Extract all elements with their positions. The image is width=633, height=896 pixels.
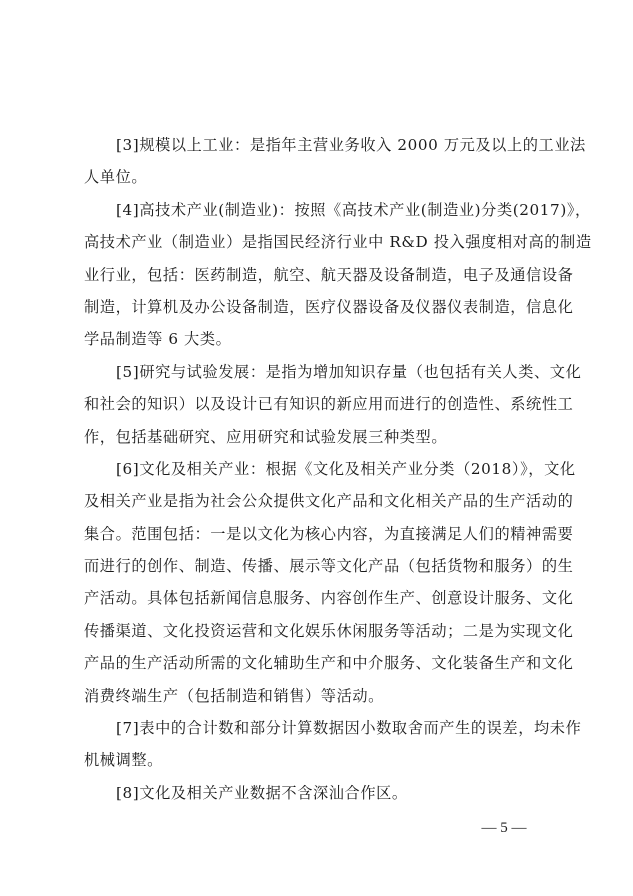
- note-line: 而进行的创作、制造、传播、展示等文化产品（包括货物和服务）的生: [84, 550, 552, 582]
- note-line: 机械调整。: [84, 744, 552, 776]
- note-line: 制造，计算机及办公设备制造，医疗仪器设备及仪器仪表制造，信息化: [84, 291, 552, 323]
- note-5: [5]研究与试验发展：是指为增加知识存量（也包括有关人类、文化 和社会的知识）以…: [84, 356, 552, 453]
- note-line: [6]文化及相关产业：根据《文化及相关产业分类（2018）》，文化: [84, 453, 552, 485]
- note-line: [8]文化及相关产业数据不含深汕合作区。: [84, 777, 552, 809]
- document-body: [3]规模以上工业：是指年主营业务收入 2000 万元及以上的工业法 人单位。 …: [84, 129, 552, 809]
- note-line: 学品制造等 6 大类。: [84, 323, 552, 355]
- note-line: 人单位。: [84, 161, 552, 193]
- note-line: 及相关产业是指为社会公众提供文化产品和文化相关产品的生产活动的: [84, 485, 552, 517]
- note-4: [4]高技术产业(制造业)：按照《高技术产业(制造业)分类(2017)》， 高技…: [84, 194, 552, 356]
- note-line: 产品的生产活动所需的文化辅助生产和中介服务、文化装备生产和文化: [84, 647, 552, 679]
- note-line: [7]表中的合计数和部分计算数据因小数取舍而产生的误差，均未作: [84, 712, 552, 744]
- note-line: 高技术产业（制造业）是指国民经济行业中 R&D 投入强度相对高的制造: [84, 226, 552, 258]
- note-line: 作，包括基础研究、应用研究和试验发展三种类型。: [84, 421, 552, 453]
- note-3: [3]规模以上工业：是指年主营业务收入 2000 万元及以上的工业法 人单位。: [84, 129, 552, 194]
- note-7: [7]表中的合计数和部分计算数据因小数取舍而产生的误差，均未作 机械调整。: [84, 712, 552, 777]
- note-6: [6]文化及相关产业：根据《文化及相关产业分类（2018）》，文化 及相关产业是…: [84, 453, 552, 712]
- page-number: — 5 —: [474, 818, 534, 838]
- note-line: [4]高技术产业(制造业)：按照《高技术产业(制造业)分类(2017)》，: [84, 194, 552, 226]
- note-line: 和社会的知识）以及设计已有知识的新应用而进行的创造性、系统性工: [84, 388, 552, 420]
- note-line: 传播渠道、文化投资运营和文化娱乐休闲服务等活动；二是为实现文化: [84, 615, 552, 647]
- note-line: [3]规模以上工业：是指年主营业务收入 2000 万元及以上的工业法: [84, 129, 552, 161]
- note-line: 产活动。具体包括新闻信息服务、内容创作生产、创意设计服务、文化: [84, 582, 552, 614]
- note-line: [5]研究与试验发展：是指为增加知识存量（也包括有关人类、文化: [84, 356, 552, 388]
- note-line: 集合。范围包括：一是以文化为核心内容，为直接满足人们的精神需要: [84, 518, 552, 550]
- note-line: 业行业，包括：医药制造，航空、航天器及设备制造，电子及通信设备: [84, 259, 552, 291]
- note-line: 消费终端生产（包括制造和销售）等活动。: [84, 680, 552, 712]
- note-8: [8]文化及相关产业数据不含深汕合作区。: [84, 777, 552, 809]
